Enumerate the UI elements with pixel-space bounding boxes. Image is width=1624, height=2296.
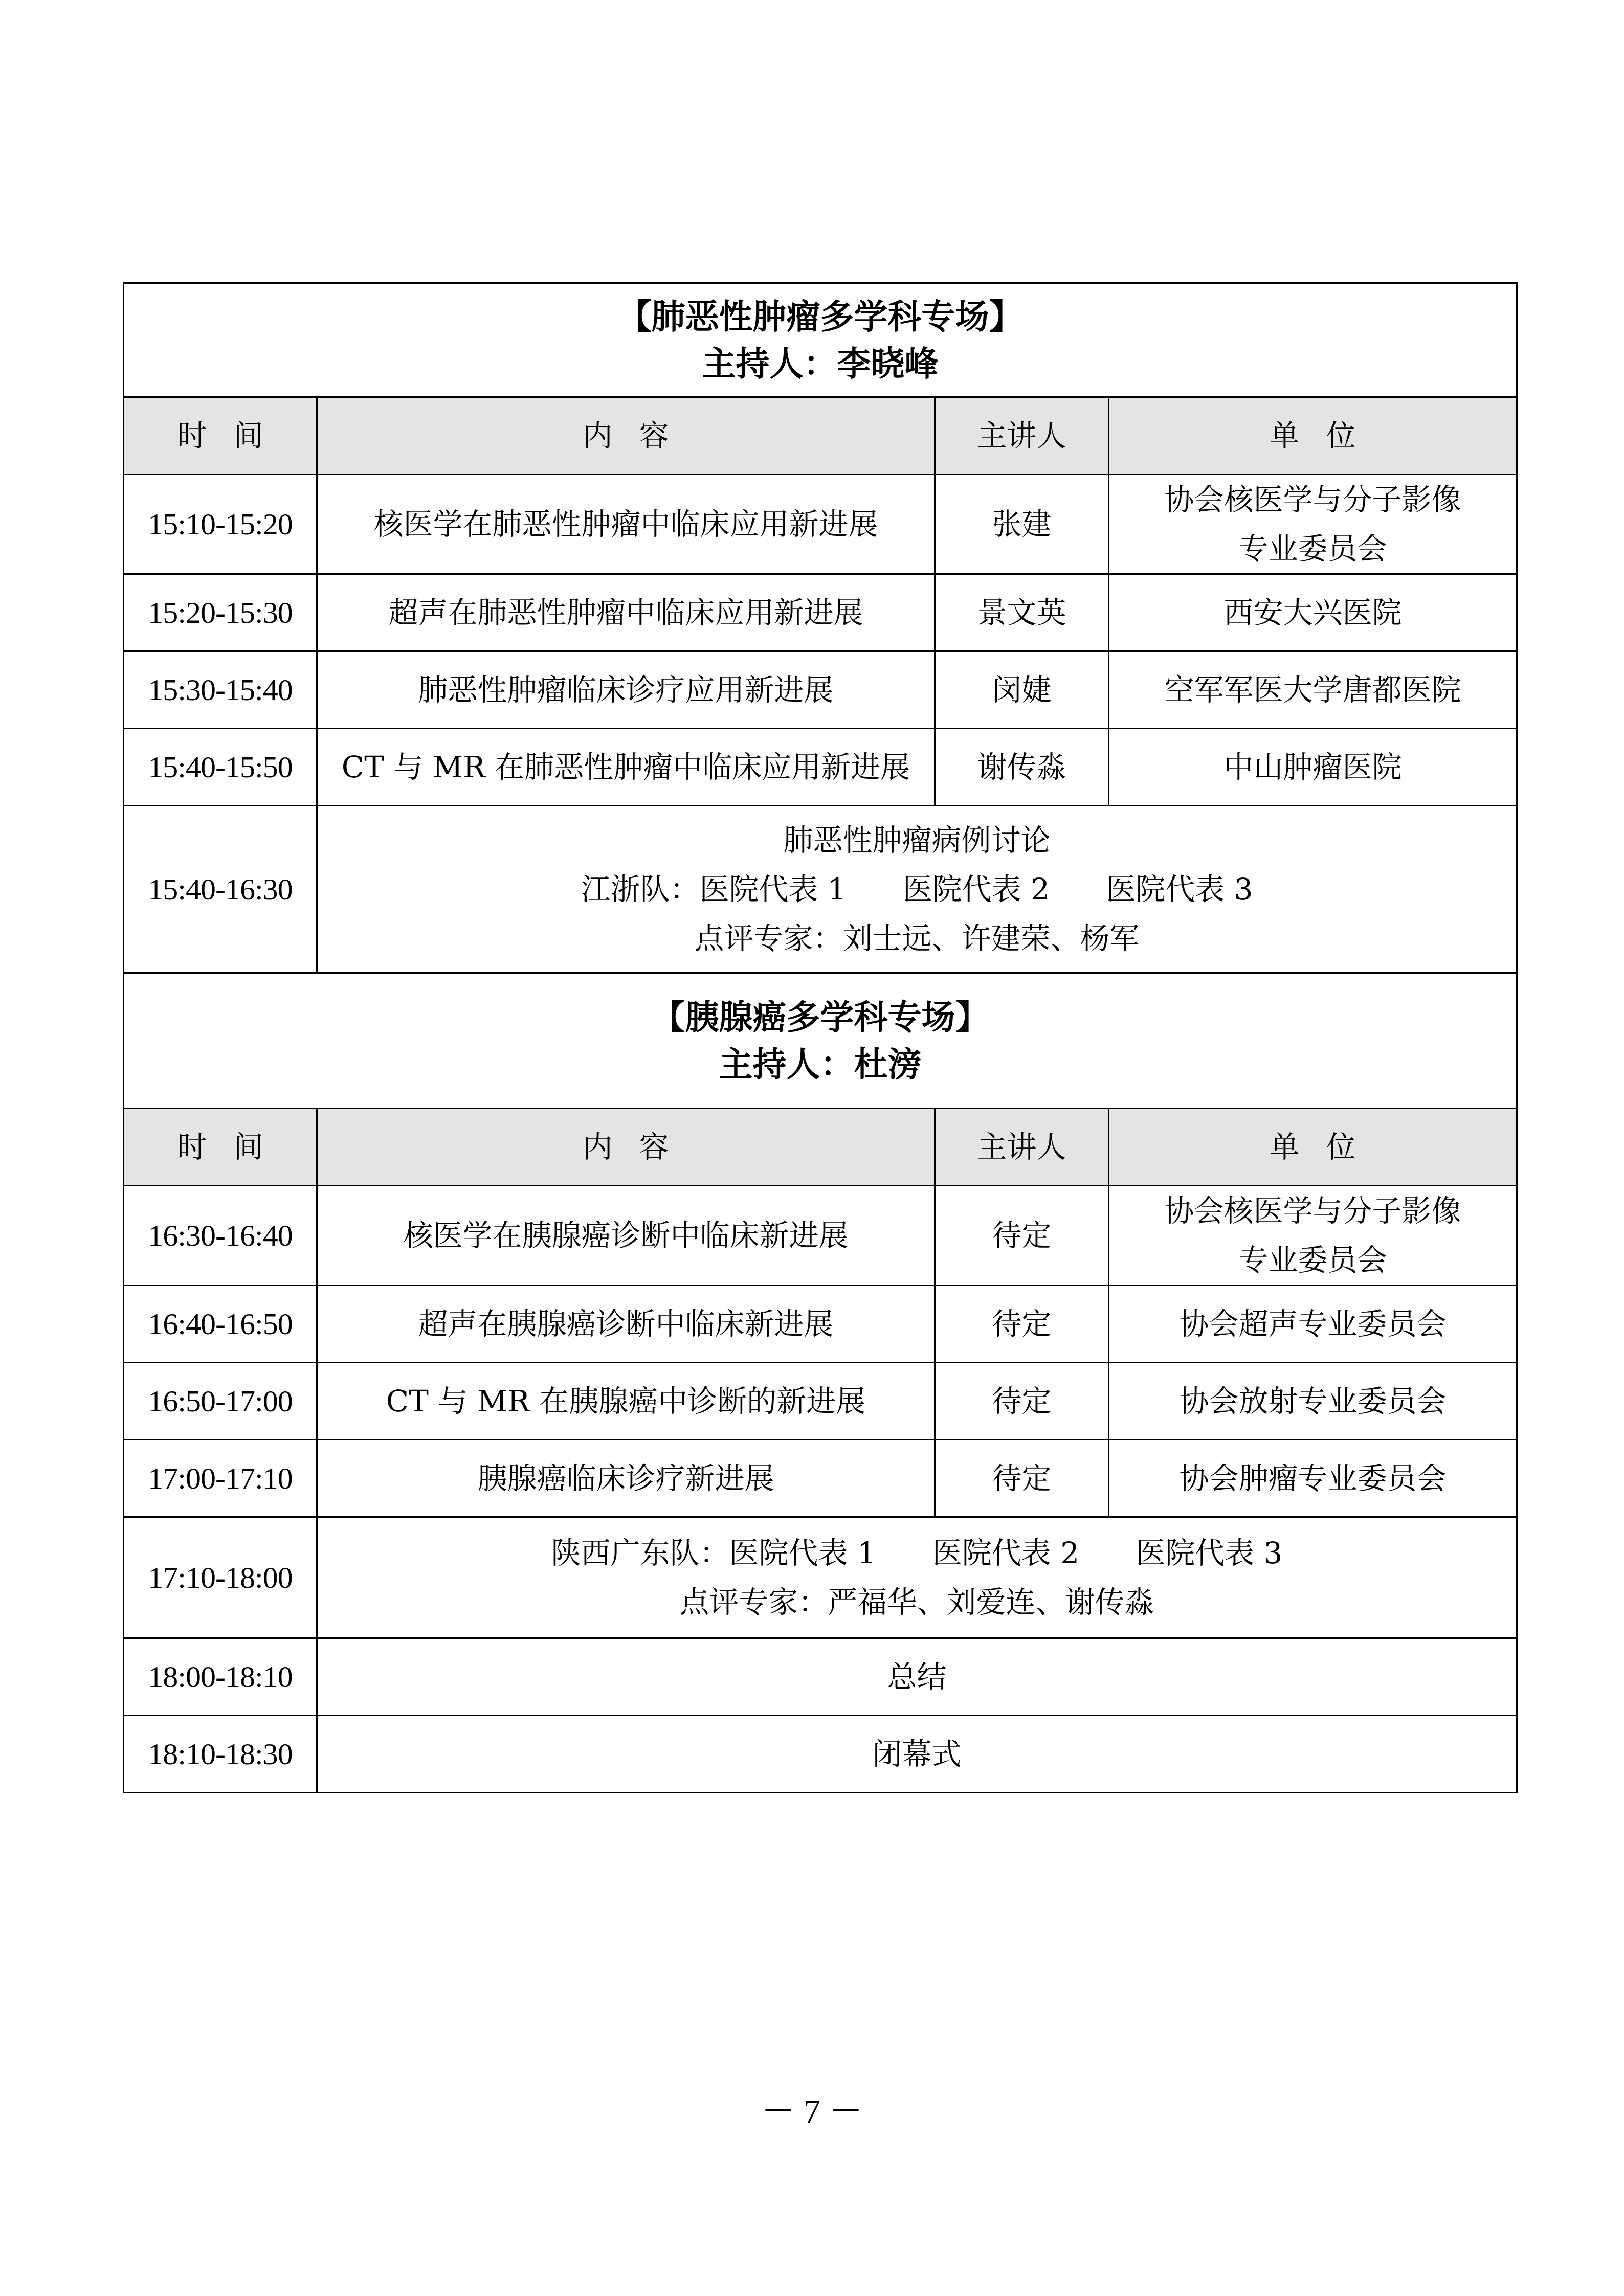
column-header-content: 内容 bbox=[317, 1109, 935, 1186]
time-cell: 18:10-18:30 bbox=[124, 1716, 317, 1793]
content-cell: 核医学在胰腺癌诊断中临床新进展 bbox=[317, 1186, 935, 1286]
time-cell: 15:10-15:20 bbox=[124, 475, 317, 574]
closing-ceremony-cell: 闭幕式 bbox=[317, 1716, 1517, 1793]
table-row: 15:40-15:50 CT 与 MR 在肺恶性肿瘤中临床应用新进展 谢传淼 中… bbox=[124, 729, 1517, 806]
discussion-cell: 陕西广东队：医院代表 1医院代表 2医院代表 3 点评专家：严福华、刘爱连、谢传… bbox=[317, 1517, 1517, 1638]
discussion-experts: 点评专家：刘士远、许建荣、杨军 bbox=[318, 914, 1516, 963]
speaker-cell: 待定 bbox=[935, 1286, 1109, 1363]
table-row: 15:20-15:30 超声在肺恶性肿瘤中临床应用新进展 景文英 西安大兴医院 bbox=[124, 574, 1517, 651]
time-cell: 16:50-17:00 bbox=[124, 1363, 317, 1440]
table-row: 16:40-16:50 超声在胰腺癌诊断中临床新进展 待定 协会超声专业委员会 bbox=[124, 1286, 1517, 1363]
column-header-speaker: 主讲人 bbox=[935, 397, 1109, 475]
time-cell: 17:10-18:00 bbox=[124, 1517, 317, 1638]
unit-cell: 空军军医大学唐都医院 bbox=[1109, 651, 1517, 729]
column-header-content: 内容 bbox=[317, 397, 935, 475]
summary-cell: 总结 bbox=[317, 1638, 1517, 1716]
time-cell: 15:20-15:30 bbox=[124, 574, 317, 651]
content-cell: 超声在胰腺癌诊断中临床新进展 bbox=[317, 1286, 935, 1363]
session-header: 【胰腺癌多学科专场】 主持人：杜滂 bbox=[124, 973, 1517, 1109]
column-header-unit: 单位 bbox=[1109, 397, 1517, 475]
column-header-time: 时间 bbox=[124, 1109, 317, 1186]
speaker-cell: 闵婕 bbox=[935, 651, 1109, 729]
table-row: 16:30-16:40 核医学在胰腺癌诊断中临床新进展 待定 协会核医学与分子影… bbox=[124, 1186, 1517, 1286]
unit-cell: 中山肿瘤医院 bbox=[1109, 729, 1517, 806]
session-header: 【肺恶性肿瘤多学科专场】 主持人：李晓峰 bbox=[124, 283, 1517, 397]
speaker-cell: 张建 bbox=[935, 475, 1109, 574]
time-cell: 15:40-15:50 bbox=[124, 729, 317, 806]
table-row: 16:50-17:00 CT 与 MR 在胰腺癌中诊断的新进展 待定 协会放射专… bbox=[124, 1363, 1517, 1440]
discussion-experts: 点评专家：严福华、刘爱连、谢传淼 bbox=[318, 1578, 1516, 1627]
speaker-cell: 景文英 bbox=[935, 574, 1109, 651]
agenda-table: 【肺恶性肿瘤多学科专场】 主持人：李晓峰 时间 内容 主讲人 单位 15:10-… bbox=[123, 282, 1518, 1793]
unit-cell: 西安大兴医院 bbox=[1109, 574, 1517, 651]
unit-cell: 协会超声专业委员会 bbox=[1109, 1286, 1517, 1363]
table-row: 17:00-17:10 胰腺癌临床诊疗新进展 待定 协会肿瘤专业委员会 bbox=[124, 1440, 1517, 1517]
time-cell: 16:40-16:50 bbox=[124, 1286, 317, 1363]
discussion-row: 15:40-16:30 肺恶性肿瘤病例讨论 江浙队：医院代表 1医院代表 2医院… bbox=[124, 806, 1517, 973]
discussion-cell: 肺恶性肿瘤病例讨论 江浙队：医院代表 1医院代表 2医院代表 3 点评专家：刘士… bbox=[317, 806, 1517, 973]
session-title: 【肺恶性肿瘤多学科专场】 bbox=[124, 293, 1516, 340]
agenda-page: 【肺恶性肿瘤多学科专场】 主持人：李晓峰 时间 内容 主讲人 单位 15:10-… bbox=[123, 282, 1516, 1793]
session-title: 【胰腺癌多学科专场】 bbox=[124, 994, 1516, 1041]
column-header-time: 时间 bbox=[124, 397, 317, 475]
time-cell: 15:40-16:30 bbox=[124, 806, 317, 973]
content-cell: CT 与 MR 在肺恶性肿瘤中临床应用新进展 bbox=[317, 729, 935, 806]
table-row: 15:10-15:20 核医学在肺恶性肿瘤中临床应用新进展 张建 协会核医学与分… bbox=[124, 475, 1517, 574]
closing-ceremony-row: 18:10-18:30 闭幕式 bbox=[124, 1716, 1517, 1793]
content-cell: 超声在肺恶性肿瘤中临床应用新进展 bbox=[317, 574, 935, 651]
column-header-unit: 单位 bbox=[1109, 1109, 1517, 1186]
time-cell: 16:30-16:40 bbox=[124, 1186, 317, 1286]
discussion-title: 肺恶性肿瘤病例讨论 bbox=[318, 816, 1516, 865]
summary-row: 18:00-18:10 总结 bbox=[124, 1638, 1517, 1716]
unit-cell: 协会核医学与分子影像 专业委员会 bbox=[1109, 1186, 1517, 1286]
page-number: － 7 － bbox=[0, 2084, 1624, 2132]
content-cell: 肺恶性肿瘤临床诊疗应用新进展 bbox=[317, 651, 935, 729]
speaker-cell: 谢传淼 bbox=[935, 729, 1109, 806]
content-cell: 核医学在肺恶性肿瘤中临床应用新进展 bbox=[317, 475, 935, 574]
unit-cell: 协会核医学与分子影像 专业委员会 bbox=[1109, 475, 1517, 574]
session-host: 主持人：李晓峰 bbox=[124, 340, 1516, 387]
column-header-speaker: 主讲人 bbox=[935, 1109, 1109, 1186]
speaker-cell: 待定 bbox=[935, 1440, 1109, 1517]
speaker-cell: 待定 bbox=[935, 1186, 1109, 1286]
column-header-row: 时间 内容 主讲人 单位 bbox=[124, 397, 1517, 475]
time-cell: 17:00-17:10 bbox=[124, 1440, 317, 1517]
table-row: 15:30-15:40 肺恶性肿瘤临床诊疗应用新进展 闵婕 空军军医大学唐都医院 bbox=[124, 651, 1517, 729]
unit-cell: 协会放射专业委员会 bbox=[1109, 1363, 1517, 1440]
discussion-team: 陕西广东队：医院代表 1医院代表 2医院代表 3 bbox=[318, 1528, 1516, 1578]
unit-cell: 协会肿瘤专业委员会 bbox=[1109, 1440, 1517, 1517]
session-host: 主持人：杜滂 bbox=[124, 1041, 1516, 1088]
discussion-row: 17:10-18:00 陕西广东队：医院代表 1医院代表 2医院代表 3 点评专… bbox=[124, 1517, 1517, 1638]
speaker-cell: 待定 bbox=[935, 1363, 1109, 1440]
content-cell: CT 与 MR 在胰腺癌中诊断的新进展 bbox=[317, 1363, 935, 1440]
column-header-row: 时间 内容 主讲人 单位 bbox=[124, 1109, 1517, 1186]
time-cell: 15:30-15:40 bbox=[124, 651, 317, 729]
discussion-team: 江浙队：医院代表 1医院代表 2医院代表 3 bbox=[318, 865, 1516, 914]
content-cell: 胰腺癌临床诊疗新进展 bbox=[317, 1440, 935, 1517]
time-cell: 18:00-18:10 bbox=[124, 1638, 317, 1716]
